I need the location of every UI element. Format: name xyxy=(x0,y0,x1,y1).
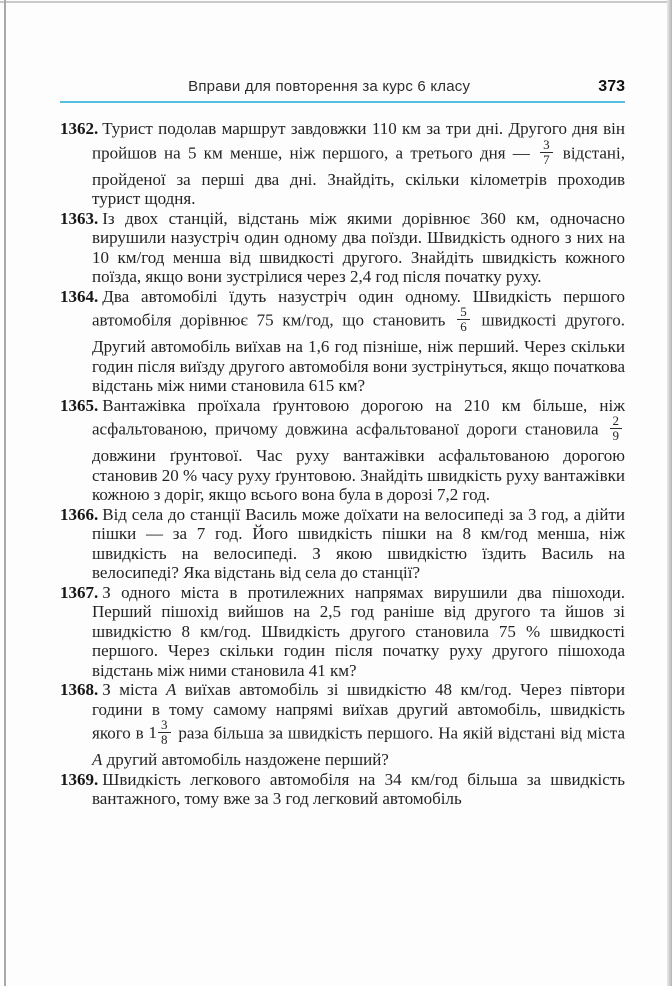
problem-item: 1367.З одного міста в протилежних напрям… xyxy=(60,583,625,681)
problem-list: 1362.Турист подолав маршрут завдовжки 11… xyxy=(60,119,625,809)
problem-item: 1363.Із двох станцій, відстань між якими… xyxy=(60,209,625,287)
problem-item: 1362.Турист подолав маршрут завдовжки 11… xyxy=(60,119,625,209)
fraction: 37 xyxy=(540,138,553,167)
fraction: 29 xyxy=(610,414,623,443)
mixed-number: 138 xyxy=(149,723,174,742)
scan-page: Вправи для повторення за курс 6 класу 37… xyxy=(0,0,672,986)
header-rule xyxy=(60,101,625,103)
italic-variable: A xyxy=(92,750,102,769)
problem-item: 1365.Вантажівка проїхала ґрунтовою дорог… xyxy=(60,396,625,505)
problem-item: 1364.Два автомобілі їдуть назустріч один… xyxy=(60,287,625,396)
page-number: 373 xyxy=(598,78,625,96)
problem-number: 1367. xyxy=(60,583,102,602)
problem-item: 1366.Від села до станції Василь може дої… xyxy=(60,505,625,583)
problem-number: 1365. xyxy=(60,396,102,415)
problem-item: 1369.Швидкість легкового автомобіля на 3… xyxy=(60,770,625,809)
problem-item: 1368.З міста A виїхав автомобіль зі швид… xyxy=(60,680,625,770)
problem-number: 1364. xyxy=(60,287,102,306)
problem-number: 1362. xyxy=(60,119,102,138)
running-head-title: Вправи для повторення за курс 6 класу xyxy=(60,78,598,95)
fraction: 56 xyxy=(457,305,470,334)
page-body: Вправи для повторення за курс 6 класу 37… xyxy=(0,0,672,809)
fraction: 38 xyxy=(158,718,171,747)
problem-number: 1369. xyxy=(60,770,102,789)
page-header: Вправи для повторення за курс 6 класу 37… xyxy=(60,78,625,96)
problem-number: 1366. xyxy=(60,505,102,524)
problem-number: 1363. xyxy=(60,209,102,228)
italic-variable: A xyxy=(166,680,176,699)
problem-number: 1368. xyxy=(60,680,102,699)
